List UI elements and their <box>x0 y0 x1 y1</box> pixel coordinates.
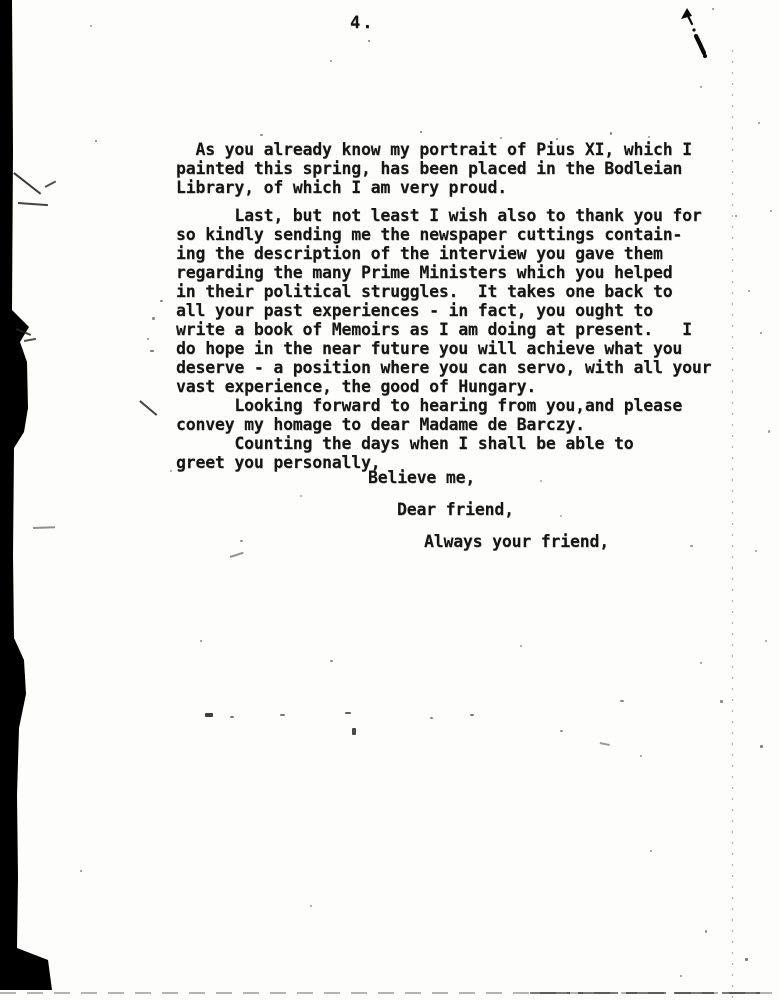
closing-believe-me: Believe me, <box>368 468 475 487</box>
noise-speck <box>770 210 772 212</box>
noise-speck <box>712 8 714 10</box>
noise-speck <box>755 550 757 552</box>
noise-speck <box>648 136 650 138</box>
noise-speck <box>240 540 243 542</box>
noise-speck <box>556 138 558 140</box>
scratch-mark <box>600 742 610 746</box>
pen-arrow-mark <box>675 5 720 60</box>
noise-speck <box>620 700 624 702</box>
noise-speck <box>90 25 92 27</box>
scanner-edge-shadow <box>0 0 60 1000</box>
noise-speck <box>560 730 563 732</box>
noise-speck <box>330 660 333 662</box>
noise-speck <box>230 716 234 718</box>
noise-speck <box>330 60 332 62</box>
noise-speck <box>430 717 433 719</box>
noise-speck <box>470 714 474 716</box>
noise-speck <box>500 137 502 139</box>
noise-speck <box>640 755 642 757</box>
noise-speck <box>760 745 763 748</box>
noise-speck <box>765 640 767 642</box>
scratch-mark <box>140 400 158 415</box>
noise-speck <box>700 86 702 88</box>
noise-speck <box>520 645 522 647</box>
noise-speck <box>280 714 285 716</box>
noise-speck <box>735 215 737 217</box>
noise-speck <box>680 975 682 977</box>
noise-speck <box>147 338 149 340</box>
paragraph-portrait-pius-xi: As you already know my portrait of Pius … <box>176 140 692 197</box>
noise-speck <box>152 317 155 320</box>
closing-always-your-friend: Always your friend, <box>424 532 609 551</box>
noise-speck <box>768 430 770 433</box>
noise-speck <box>420 131 422 133</box>
noise-speck <box>310 905 312 907</box>
noise-speck <box>200 640 202 642</box>
noise-speck <box>80 870 82 872</box>
noise-speck <box>758 122 760 124</box>
noise-speck <box>205 713 213 717</box>
noise-speck <box>560 515 562 517</box>
noise-speck <box>300 495 302 497</box>
fold-crease-line <box>732 50 733 1000</box>
noise-speck <box>150 350 154 352</box>
noise-speck <box>690 545 693 547</box>
noise-speck <box>705 930 707 933</box>
noise-speck <box>260 134 263 136</box>
noise-speck <box>368 40 370 42</box>
noise-speck <box>160 300 163 302</box>
noise-speck <box>170 470 172 472</box>
noise-speck <box>345 712 351 714</box>
noise-speck <box>720 700 723 703</box>
paragraph-newspaper-cuttings: Last, but not least I wish also to thank… <box>176 206 711 396</box>
scratch-mark <box>230 552 244 558</box>
noise-speck <box>700 662 702 664</box>
noise-speck <box>610 132 612 135</box>
noise-speck <box>540 480 542 482</box>
noise-speck <box>745 958 748 961</box>
noise-speck <box>95 140 97 142</box>
page-bottom-edge-line-dark <box>530 992 760 994</box>
noise-speck <box>352 728 356 735</box>
scanned-letter-page: 4. As you already know my portrait of Pi… <box>0 0 779 1000</box>
page-number: 4. <box>350 13 374 33</box>
closing-dear-friend: Dear friend, <box>397 500 514 519</box>
paragraph-looking-forward: Looking forward to hearing from you,and … <box>176 396 682 472</box>
noise-speck <box>650 850 652 852</box>
noise-speck <box>748 290 750 292</box>
noise-speck <box>760 332 762 334</box>
